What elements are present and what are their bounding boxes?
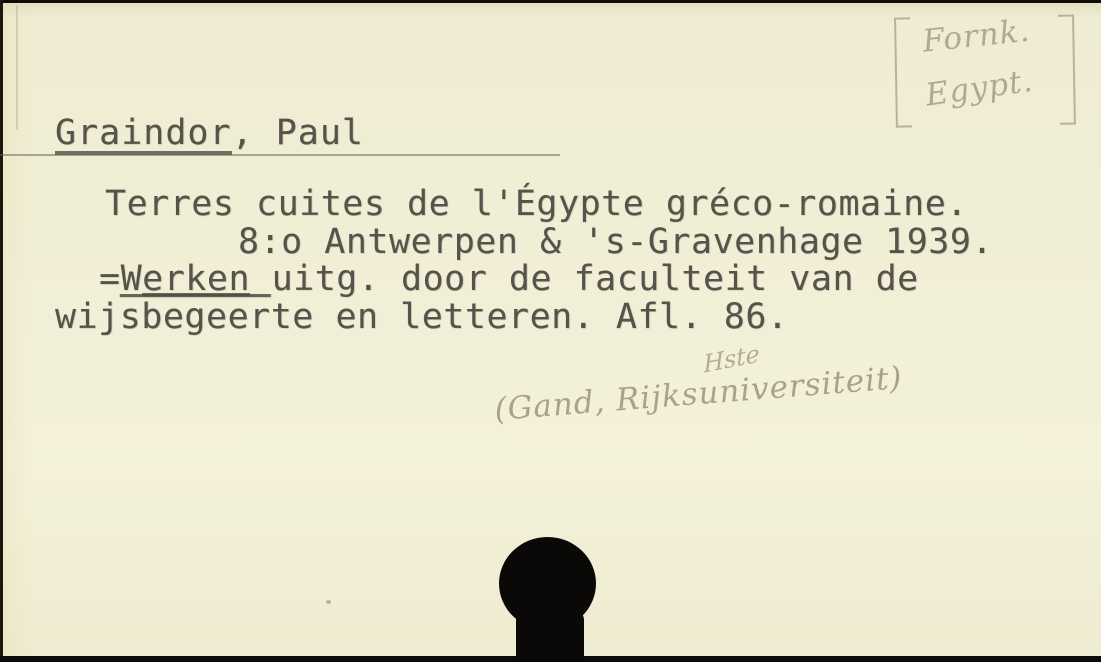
- series-prefix: =W: [99, 259, 142, 299]
- author-forename: , Paul: [232, 113, 364, 153]
- author-heading: Graindor, Paul: [55, 113, 364, 155]
- series2-overlined: sbegeer: [120, 297, 271, 337]
- series-rest: uitg. door de faculteit van de: [250, 259, 919, 299]
- provenance-note: (Gand, Rijksuniversiteit): [493, 360, 904, 428]
- classification-word-1: Fornk.: [921, 13, 1032, 60]
- series-line-1: =Werken uitg. door de faculteit van de: [99, 261, 993, 299]
- series-line-2: wijsbegeerte en letteren. Afl. 86.: [55, 299, 993, 337]
- imprint-line: 8:o Antwerpen & 's-Gravenhage 1939.: [238, 224, 993, 262]
- title-line: Terres cuites de l'Égypte gréco-romaine.: [105, 186, 993, 224]
- series2-rest: te en letteren. Afl. 86.: [271, 297, 789, 337]
- card-crease: [16, 5, 18, 130]
- right-bracket-mark: [1058, 14, 1076, 124]
- paper-speck: [326, 600, 331, 604]
- left-bracket-mark: [894, 17, 912, 127]
- author-surname: Graindor: [55, 115, 232, 155]
- heading-rule: [0, 154, 560, 156]
- punch-hole-stem: [516, 610, 584, 662]
- series-underlined: erken: [142, 259, 250, 299]
- series2-prefix: wij: [55, 297, 120, 337]
- classification-note: Fornk. Egypt.: [892, 6, 1082, 137]
- classification-word-2: Egypt.: [923, 63, 1035, 114]
- scan-edge-top: [0, 0, 1101, 3]
- catalog-card: Graindor, Paul Terres cuites de l'Égypte…: [0, 0, 1101, 662]
- entry-body: Terres cuites de l'Égypte gréco-romaine.…: [0, 186, 993, 336]
